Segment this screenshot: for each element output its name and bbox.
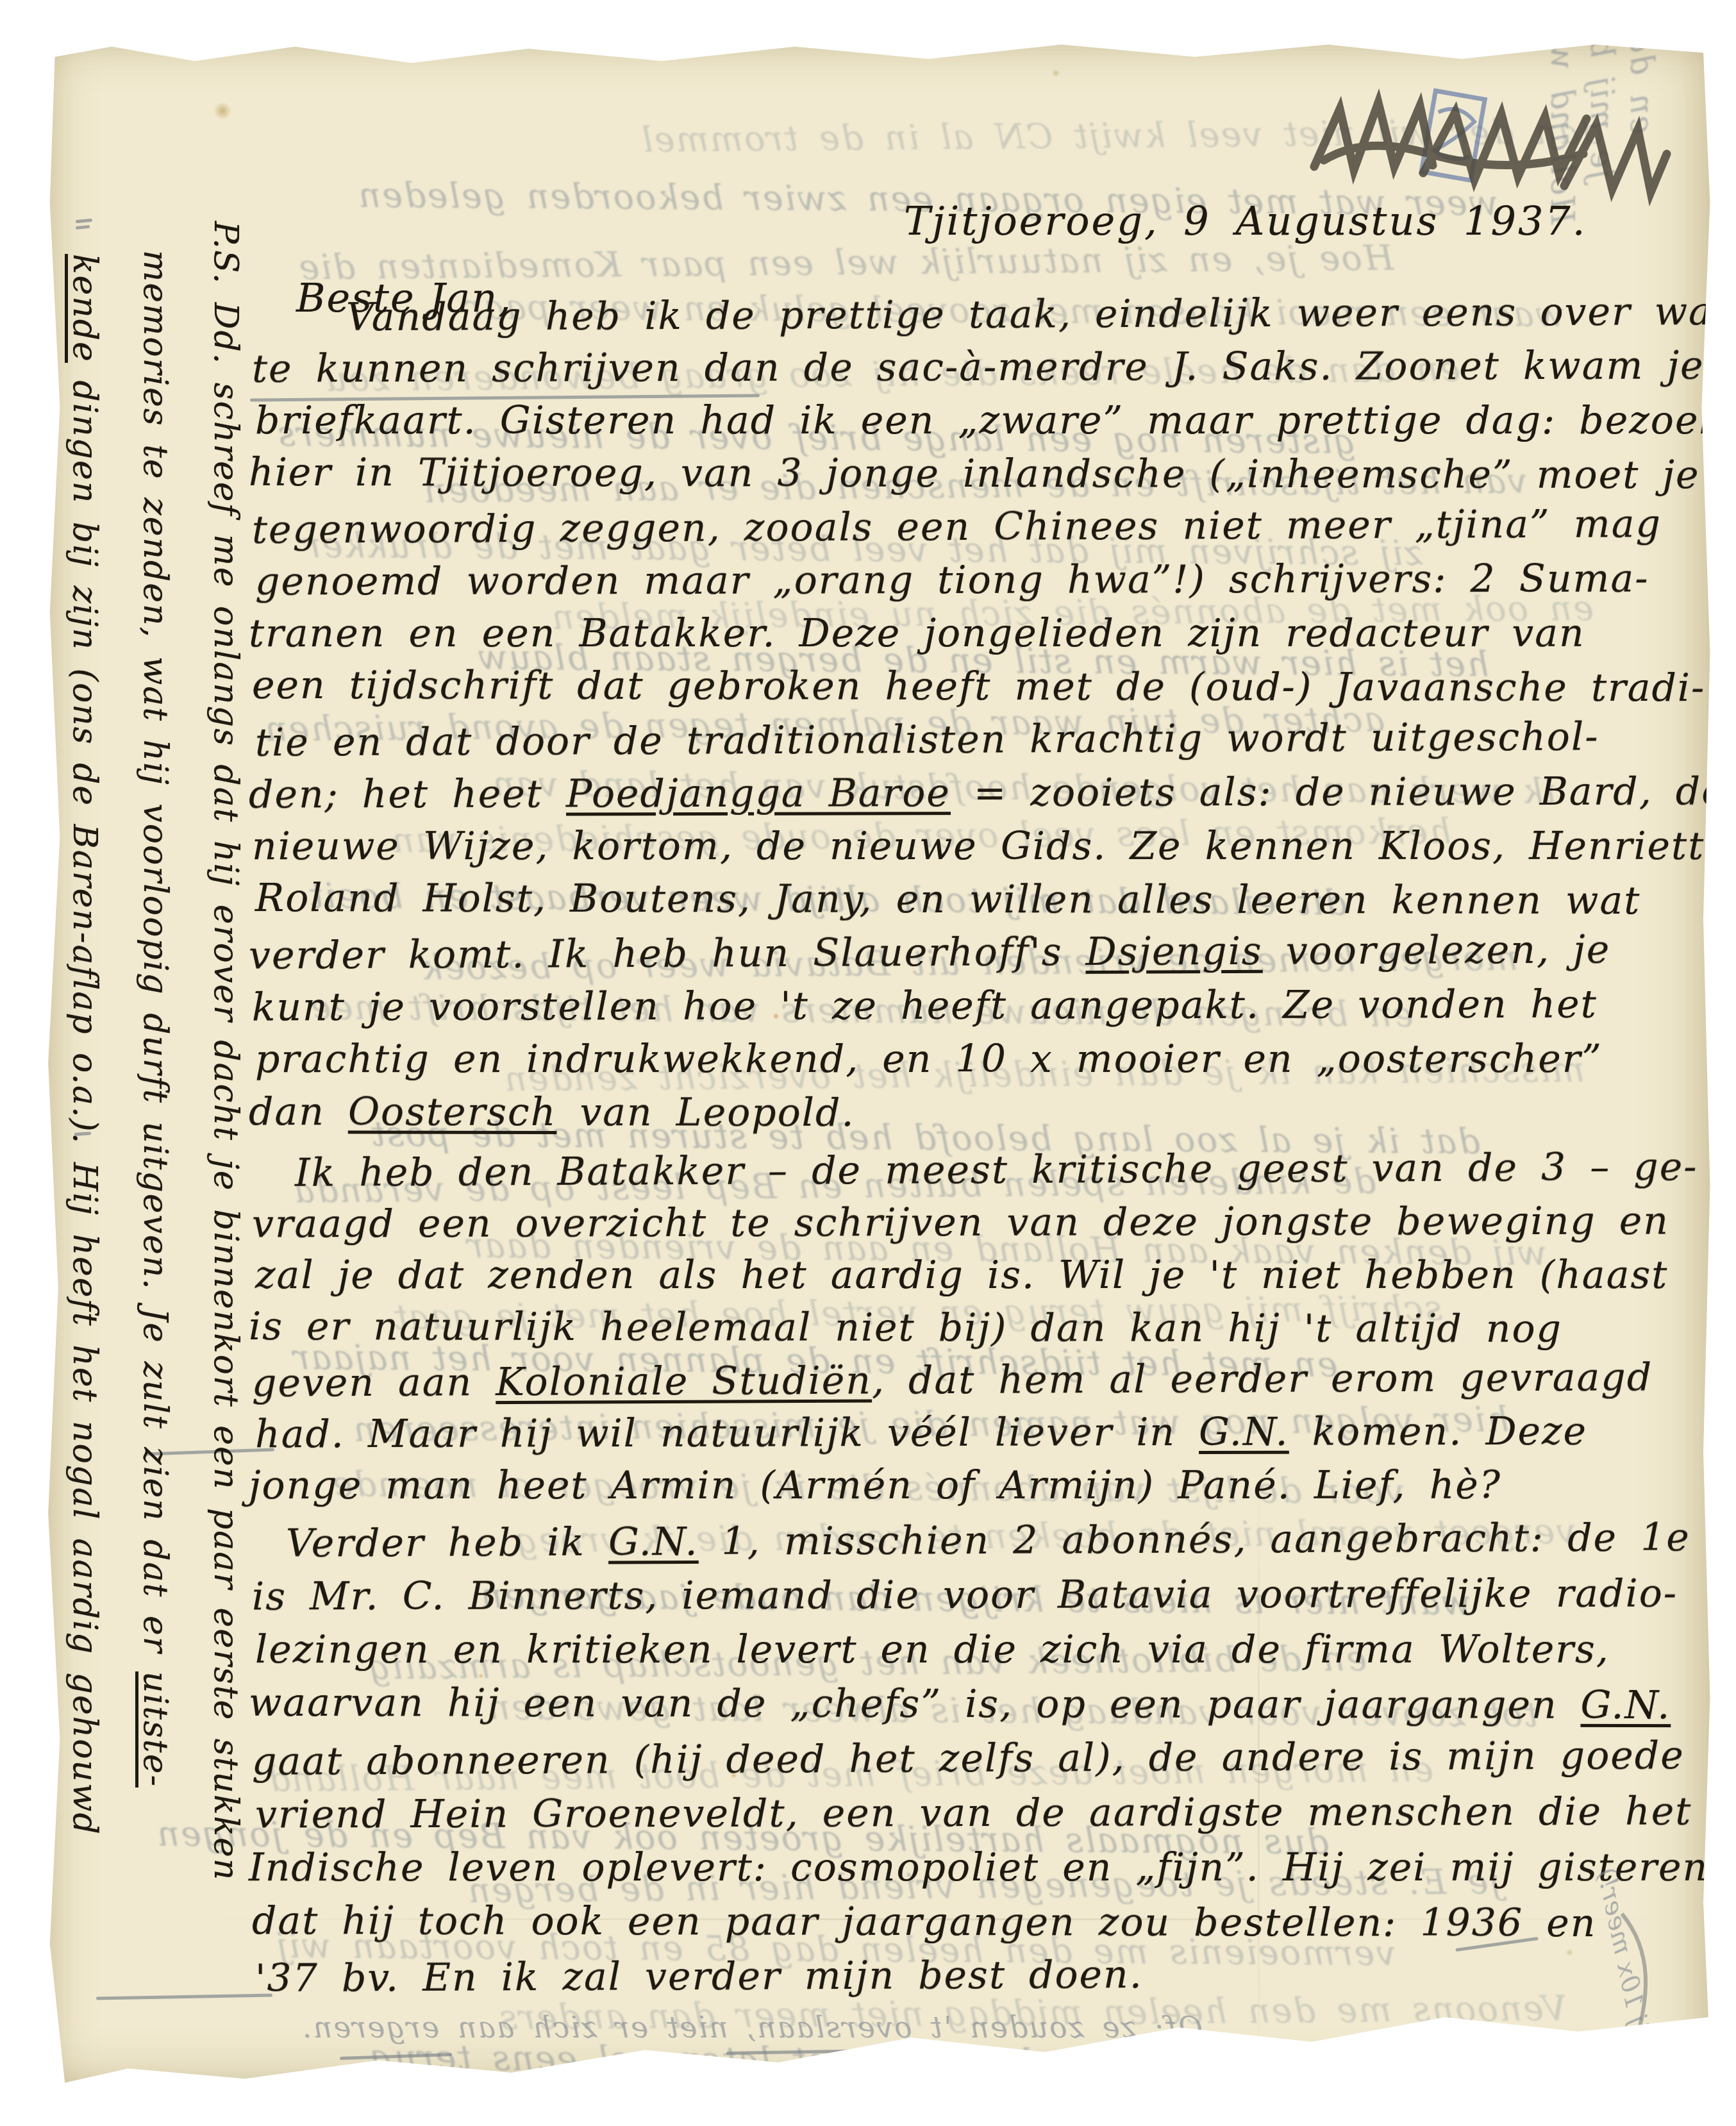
paper-stain bbox=[1051, 69, 1060, 77]
ink-text: een tijdschrift dat gebroken heeft met d… bbox=[252, 663, 1705, 710]
ink-text: briefkaart. Gisteren had ik een „zware” … bbox=[255, 398, 1736, 443]
ink-text: dingen bij zijn (ons de Baren-aflap o.a.… bbox=[65, 363, 104, 1836]
letter-line: zal je dat zenden als het aardig is. Wil… bbox=[255, 1253, 1668, 1298]
ink-text: zal je dat zenden als het aardig is. Wil… bbox=[255, 1253, 1668, 1298]
ink-text: Vandaag heb ik de prettige taak, eindeli… bbox=[346, 289, 1736, 340]
ink-text: verder komt. Ik heb hun Slauerhoff's bbox=[249, 930, 1086, 978]
letter-line: is er natuurlijk heelemaal niet bij) dan… bbox=[249, 1304, 1562, 1352]
ink-text: is Mr. C. Binnerts, iemand die voor Bata… bbox=[252, 1571, 1678, 1619]
margin-ps-line: kende dingen bij zijn (ons de Baren-afla… bbox=[65, 254, 104, 1836]
ink-text: genoemd worden maar „orang tiong hwa”!) … bbox=[255, 557, 1649, 605]
ink-text: had. Maar hij wil natuurlijk véél liever… bbox=[255, 1410, 1199, 1457]
letter-line: waarvan hij een van de „chefs” is, op ee… bbox=[249, 1680, 1671, 1728]
letter-line: geven aan Koloniale Studiën, dat hem al … bbox=[252, 1355, 1653, 1406]
ink-text: waarvan hij een van de „chefs” is, op ee… bbox=[249, 1680, 1581, 1728]
ink-text: memories te zenden, wat hij voorloopig d… bbox=[136, 250, 174, 1671]
underlined-ink-text: uitste- bbox=[136, 1671, 174, 1787]
ink-text: vriend Hein Groeneveldt, een van de aard… bbox=[255, 1789, 1692, 1837]
paper-stain bbox=[213, 103, 232, 119]
underlined-ink-text: G.N. bbox=[1199, 1410, 1289, 1455]
margin-ps-line: memories te zenden, wat hij voorloopig d… bbox=[136, 250, 174, 1787]
ink-text: P.S. Dd. schreef me onlangs dat hij erov… bbox=[206, 221, 245, 1881]
letter-line: nieuwe Wijze, kortom, de nieuwe Gids. Ze… bbox=[252, 824, 1729, 869]
ink-text: tie en dat door de traditionalisten krac… bbox=[255, 714, 1599, 765]
ink-text: gaat abonneeren (hij deed het zelfs al),… bbox=[252, 1733, 1685, 1784]
ink-text: den; het heet bbox=[249, 771, 566, 817]
ink-text: '37 bv. En ik zal verder mijn best doen. bbox=[255, 1952, 1143, 2001]
underlined-ink-text: Dsjengis bbox=[1085, 929, 1262, 975]
letter-line: is Mr. C. Binnerts, iemand die voor Bata… bbox=[252, 1571, 1678, 1619]
letter-line: Indische leven oplevert: cosmopoliet en … bbox=[249, 1845, 1708, 1890]
ink-text: tegenwoordig zeggen, zooals een Chinees … bbox=[252, 501, 1662, 553]
letter-line: gaat abonneeren (hij deed het zelfs al),… bbox=[252, 1733, 1685, 1784]
ink-text: is er natuurlijk heelemaal niet bij) dan… bbox=[249, 1304, 1562, 1352]
letter-line: jonge man heet Armin (Armén of Armijn) P… bbox=[249, 1463, 1501, 1508]
ink-text: dan bbox=[249, 1089, 348, 1134]
letter-line: Verder heb ik G.N. 1, misschien 2 abonné… bbox=[286, 1515, 1690, 1566]
letter-line: lezingen en kritieken levert en die zich… bbox=[255, 1627, 1610, 1672]
ink-text: hier in Tjitjoeroeg, van 3 jonge inlands… bbox=[249, 450, 1700, 498]
ink-text: lezingen en kritieken levert en die zich… bbox=[255, 1627, 1610, 1672]
letter-line: dat hij toch ook een paar jaargangen zou… bbox=[252, 1898, 1596, 1946]
margin-ps-line: P.S. Dd. schreef me onlangs dat hij erov… bbox=[206, 221, 245, 1881]
letter-line: tie en dat door de traditionalisten krac… bbox=[255, 714, 1599, 765]
ink-text: te kunnen schrijven dan de sac-à-merdre … bbox=[252, 343, 1705, 391]
ink-text: prachtig en indrukwekkend, en 10 x mooie… bbox=[255, 1037, 1603, 1082]
ink-text: , dat hem al eerder erom gevraagd bbox=[872, 1355, 1653, 1403]
ink-text: kunt je voorstellen hoe 't ze heeft aang… bbox=[252, 982, 1598, 1030]
letter-line: briefkaart. Gisteren had ik een „zware” … bbox=[255, 398, 1736, 443]
underlined-ink-text: G.N. bbox=[1581, 1683, 1671, 1728]
ink-text: voorgelezen, je bbox=[1262, 927, 1610, 973]
letter-line: tegenwoordig zeggen, zooals een Chinees … bbox=[252, 501, 1662, 553]
letter-line: Ik heb den Batakker – de meest kritische… bbox=[295, 1144, 1698, 1196]
letter-line: een tijdschrift dat gebroken heeft met d… bbox=[252, 663, 1705, 710]
ink-text: komen. Deze bbox=[1289, 1409, 1588, 1455]
letter-line: prachtig en indrukwekkend, en 10 x mooie… bbox=[255, 1037, 1603, 1082]
letter-line: '37 bv. En ik zal verder mijn best doen. bbox=[255, 1952, 1143, 2001]
ink-text: 1, misschien 2 abonnés, aangebracht: de … bbox=[698, 1515, 1690, 1564]
underlined-ink-text: Oostersch bbox=[348, 1089, 557, 1135]
ink-text: nieuwe Wijze, kortom, de nieuwe Gids. Ze… bbox=[252, 824, 1729, 869]
ink-text: geven aan bbox=[252, 1360, 496, 1406]
letter-line: tranen en een Batakker. Deze jongelieden… bbox=[249, 611, 1585, 656]
letter-line: had. Maar hij wil natuurlijk véél liever… bbox=[255, 1409, 1587, 1457]
ink-text: Roland Holst, Boutens, Jany, en willen a… bbox=[255, 876, 1640, 923]
letter-line: verder komt. Ik heb hun Slauerhoff's Dsj… bbox=[249, 927, 1610, 978]
letter-paper: dan der wil niet veel kwijt CN al in de … bbox=[45, 38, 1712, 2087]
ink-text: Indische leven oplevert: cosmopoliet en … bbox=[249, 1845, 1708, 1890]
letter-line: hier in Tjitjoeroeg, van 3 jonge inlands… bbox=[249, 450, 1700, 498]
mirrored-pencil-footnote: „Of: ze zouden 't overslaan, niet er zic… bbox=[301, 2010, 1219, 2045]
ink-text: van Leopold. bbox=[556, 1090, 855, 1135]
letter-line: den; het heet Poedjangga Baroe = zooiets… bbox=[249, 769, 1726, 817]
ink-text: tranen en een Batakker. Deze jongelieden… bbox=[249, 611, 1585, 656]
ink-text: = zooiets als: de nieuwe Bard, de bbox=[951, 769, 1726, 816]
ink-text: dat hij toch ook een paar jaargangen zou… bbox=[252, 1898, 1596, 1946]
ink-text: vraagd een overzicht te schrijven van de… bbox=[252, 1198, 1669, 1246]
letter-line: vraagd een overzicht te schrijven van de… bbox=[252, 1198, 1669, 1246]
letter-line: te kunnen schrijven dan de sac-à-merdre … bbox=[252, 343, 1705, 391]
underlined-ink-text: Poedjangga Baroe bbox=[566, 771, 951, 816]
letter-line: dan Oostersch van Leopold. bbox=[249, 1089, 855, 1135]
paper-stain bbox=[478, 1673, 483, 1678]
ink-text: Verder heb ik bbox=[286, 1520, 608, 1566]
letter-line: kunt je voorstellen hoe 't ze heeft aang… bbox=[252, 982, 1598, 1030]
ink-text: jonge man heet Armin (Armén of Armijn) P… bbox=[249, 1463, 1501, 1508]
letter-line: genoemd worden maar „orang tiong hwa”!) … bbox=[255, 557, 1649, 605]
underlined-ink-text: kende bbox=[65, 254, 104, 363]
ink-text: Ik heb den Batakker – de meest kritische… bbox=[295, 1144, 1698, 1196]
letter-line: Roland Holst, Boutens, Jany, en willen a… bbox=[255, 876, 1640, 923]
pencil-scribble bbox=[1314, 103, 1667, 192]
letter-line: Vandaag heb ik de prettige taak, eindeli… bbox=[346, 289, 1736, 340]
underlined-ink-text: Koloniale Studiën bbox=[496, 1359, 872, 1405]
letter-line: vriend Hein Groeneveldt, een van de aard… bbox=[255, 1789, 1692, 1837]
dateline: Tjitjoeroeg, 9 Augustus 1937. bbox=[904, 197, 1587, 244]
underlined-ink-text: G.N. bbox=[608, 1519, 699, 1565]
scanned-letter: dan der wil niet veel kwijt CN al in de … bbox=[0, 0, 1736, 2126]
